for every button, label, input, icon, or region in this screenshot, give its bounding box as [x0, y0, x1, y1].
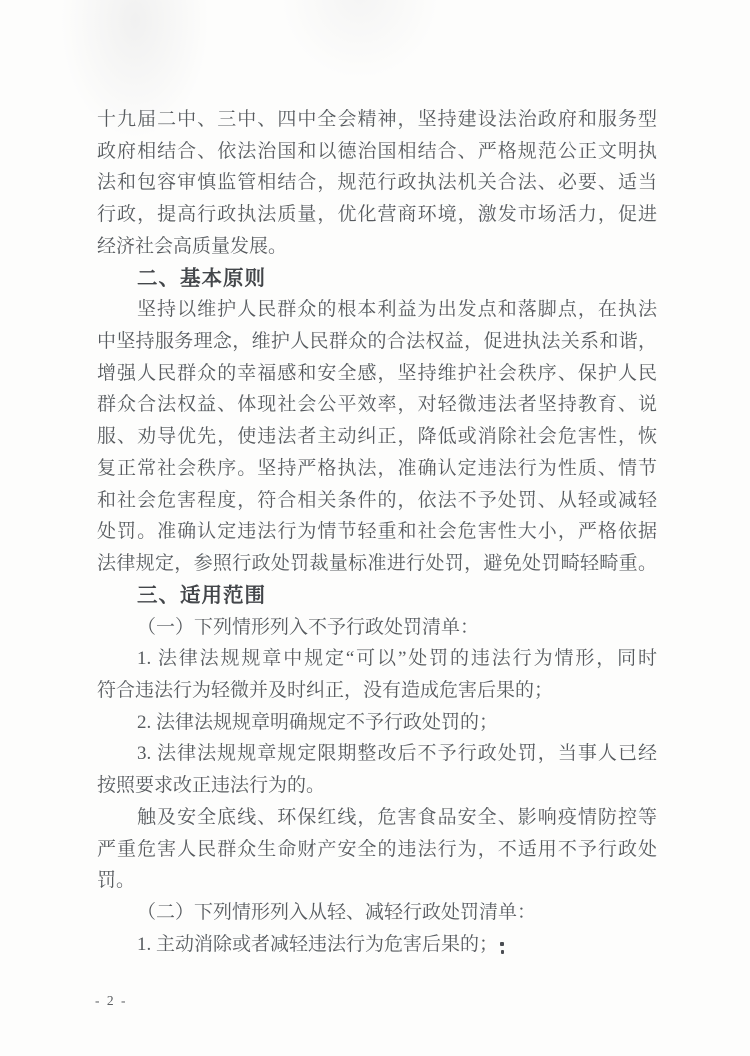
text-line: （一）下列情形列入不予行政处罚清单：: [97, 612, 657, 644]
text-line: 3. 法律法规规章规定限期整改后不予行政处罚，当事人已经: [97, 738, 657, 770]
text-line: 政府相结合、依法治国和以德治国相结合、严格规范公正文明执: [97, 136, 657, 168]
text-line: 和社会危害程度，符合相关条件的，依法不予处罚、从轻或减轻: [97, 485, 657, 517]
text-line: 十九届二中、三中、四中全会精神，坚持建设法治政府和服务型: [97, 104, 657, 136]
text-line: 处罚。准确认定违法行为情节轻重和社会危害性大小，严格依据: [97, 516, 657, 548]
text-line: 法律规定，参照行政处罚裁量标准进行处罚，避免处罚畸轻畸重。: [97, 548, 657, 580]
document-lines: 十九届二中、三中、四中全会精神，坚持建设法治政府和服务型政府相结合、依法治国和以…: [97, 104, 657, 960]
text-line: 行政，提高行政执法质量，优化营商环境，激发市场活力，促进: [97, 199, 657, 231]
page-number: - 2 -: [95, 993, 128, 1009]
text-line: 2. 法律法规规章明确规定不予行政处罚的；: [97, 707, 657, 739]
section-heading: 二、基本原则: [97, 263, 657, 295]
text-line: 1. 主动消除或者减轻违法行为危害后果的；: [97, 929, 657, 961]
text-line: 群众合法权益、体现社会公平效率，对轻微违法者坚持教育、说: [97, 389, 657, 421]
text-line: 复正常社会秩序。坚持严格执法，准确认定违法行为性质、情节: [97, 453, 657, 485]
text-line: 触及安全底线、环保红线，危害食品安全、影响疫情防控等: [97, 802, 657, 834]
text-line: 罚。: [97, 865, 657, 897]
text-line: 服、劝导优先，使违法者主动纠正，降低或消除社会危害性，恢: [97, 421, 657, 453]
text-line: 1. 法律法规规章中规定“可以”处罚的违法行为情形，同时: [97, 643, 657, 675]
text-line: 增强人民群众的幸福感和安全感，坚持维护社会秩序、保护人民: [97, 358, 657, 390]
text-line: 严重危害人民群众生命财产安全的违法行为，不适用不予行政处: [97, 834, 657, 866]
text-line: 经济社会高质量发展。: [97, 231, 657, 263]
text-line: 中坚持服务理念，维护人民群众的合法权益，促进执法关系和谐，: [97, 326, 657, 358]
text-line: （二）下列情形列入从轻、减轻行政处罚清单：: [97, 897, 657, 929]
section-heading: 三、适用范围: [97, 580, 657, 612]
scanned-document-page: 十九届二中、三中、四中全会精神，坚持建设法治政府和服务型政府相结合、依法治国和以…: [0, 0, 750, 1056]
text-line: 法和包容审慎监管相结合，规范行政执法机关合法、必要、适当: [97, 167, 657, 199]
text-line: 符合违法行为轻微并及时纠正，没有造成危害后果的；: [97, 675, 657, 707]
scan-smudge: [280, 0, 440, 80]
text-line: 坚持以维护人民群众的根本利益为出发点和落脚点，在执法: [97, 294, 657, 326]
text-line: 按照要求改正违法行为的。: [97, 770, 657, 802]
